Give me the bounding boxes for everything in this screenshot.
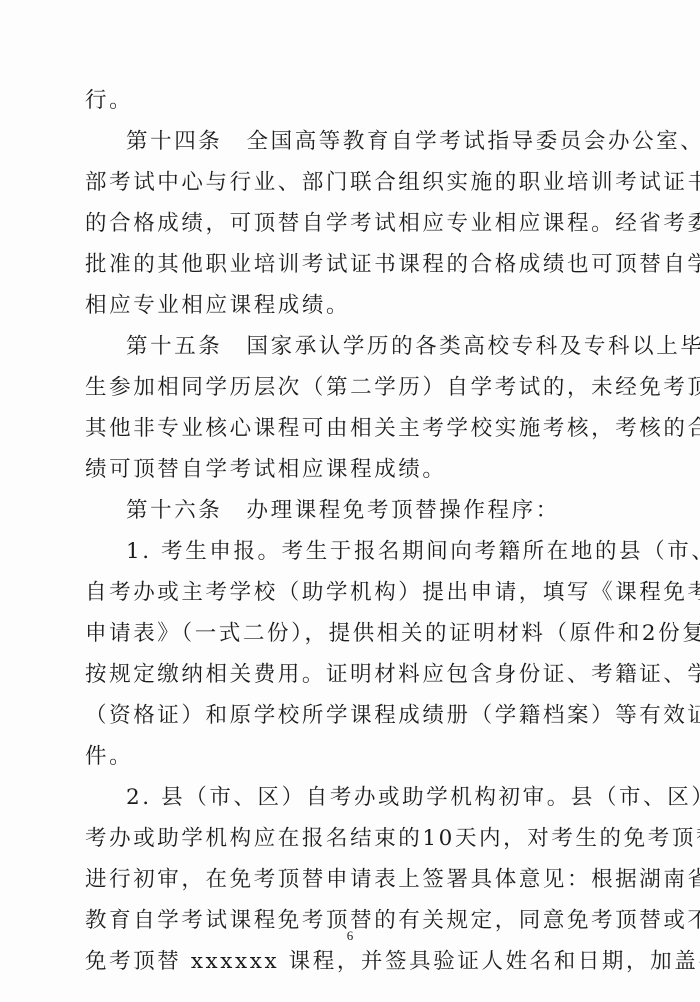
text-line: 件。 xyxy=(85,742,575,772)
text-line: 申请表》（一式二份），提供相关的证明材料（原件和2份复印件）， xyxy=(85,619,575,649)
article-14-heading-line: 第十四条 全国高等教育自学考试指导委员会办公室、教育 xyxy=(126,127,575,157)
article-16-heading-line: 第十六条 办理课程免考顶替操作程序： xyxy=(126,496,575,526)
text-line: 生参加相同学历层次（第二学历）自学考试的，未经免考顶替的 xyxy=(85,373,575,403)
text-line: 考办或助学机构应在报名结束的10天内，对考生的免考顶替材料 xyxy=(85,824,575,854)
text-line: 绩可顶替自学考试相应课程成绩。 xyxy=(85,455,575,485)
step-2-heading-line: 2. 县（市、区）自考办或助学机构初审。县（市、区）自 xyxy=(126,783,575,813)
page-number: 6 xyxy=(0,928,700,944)
text-line: 其他非专业核心课程可由相关主考学校实施考核，考核的合格成 xyxy=(85,414,575,444)
text-line: 的合格成绩，可顶替自学考试相应专业相应课程。经省考委研究 xyxy=(85,209,575,239)
step-1-heading-line: 1. 考生申报。考生于报名期间向考籍所在地的县（市、区） xyxy=(126,537,575,567)
text-line: 相应专业相应课程成绩。 xyxy=(85,291,575,321)
text-line: 批准的其他职业培训考试证书课程的合格成绩也可顶替自学考试 xyxy=(85,250,575,280)
text-line: 部考试中心与行业、部门联合组织实施的职业培训考试证书课程 xyxy=(85,168,575,198)
text-line: （资格证）和原学校所学课程成绩册（学籍档案）等有效证明文 xyxy=(85,701,575,731)
document-page: 行。 第十四条 全国高等教育自学考试指导委员会办公室、教育 部考试中心与行业、部… xyxy=(0,0,700,1002)
text-line: 行。 xyxy=(85,86,575,116)
text-line: 进行初审，在免考顶替申请表上签署具体意见：根据湖南省高等 xyxy=(85,865,575,895)
article-15-heading-line: 第十五条 国家承认学历的各类高校专科及专科以上毕业 xyxy=(126,332,575,362)
text-line: 按规定缴纳相关费用。证明材料应包含身份证、考籍证、学历证 xyxy=(85,660,575,690)
text-line: 免考顶替 xxxxxx 课程，并签具验证人姓名和日期，加盖县（市、 xyxy=(85,947,575,977)
text-line: 自考办或主考学校（助学机构）提出申请，填写《课程免考顶替 xyxy=(85,578,575,608)
